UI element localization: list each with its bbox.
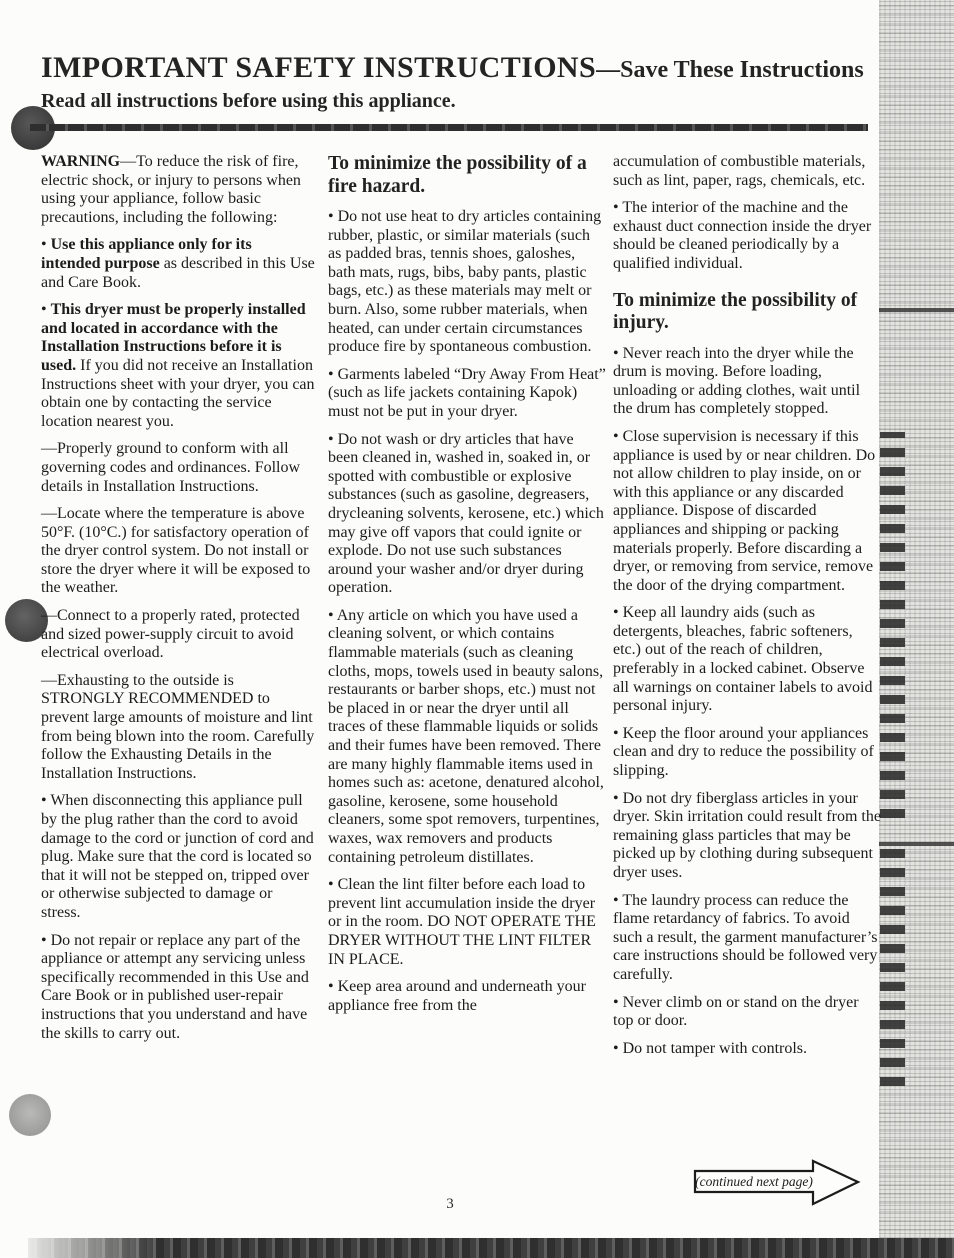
header-divider xyxy=(30,124,868,131)
text-column-right: accumulation of combustible materials, s… xyxy=(613,153,881,1067)
bullet-marker: • xyxy=(41,236,51,253)
safety-bullet: • Do not wash or dry articles that have … xyxy=(328,431,606,598)
title-suffix: —Save These Instructions xyxy=(596,57,864,83)
safety-bullet: • Do not repair or replace any part of t… xyxy=(41,932,315,1044)
safety-bullet: • When disconnecting this appliance pull… xyxy=(41,792,315,922)
bullet-marker: • xyxy=(328,607,337,624)
bullet-marker: • xyxy=(613,428,623,445)
continued-label: (continued next page) xyxy=(695,1174,813,1189)
item-text: Connect to a properly rated, protected a… xyxy=(41,607,300,661)
bullet-marker: • xyxy=(613,725,623,742)
item-text: Keep area around and underneath your app… xyxy=(328,978,586,1014)
item-text: Any article on which you have used a cle… xyxy=(328,607,604,866)
section-heading: To minimize the possibility of a fire ha… xyxy=(328,153,606,198)
scan-bottom-shadow xyxy=(28,1238,954,1258)
item-text: The laundry process can reduce the flame… xyxy=(613,892,878,983)
page-subtitle: Read all instructions before using this … xyxy=(41,90,871,113)
safety-bullet: • Keep the floor around your appliances … xyxy=(613,725,881,781)
safety-dash-item: —Properly ground to conform with all gov… xyxy=(41,440,315,496)
safety-bullet: • Garments labeled “Dry Away From Heat” … xyxy=(328,366,606,422)
safety-bullet: • Never climb on or stand on the dryer t… xyxy=(613,994,881,1031)
bullet-marker: • xyxy=(613,604,623,621)
bullet-marker: • xyxy=(613,994,623,1011)
item-text: The interior of the machine and the exha… xyxy=(613,199,871,272)
item-text: Do not repair or replace any part of the… xyxy=(41,932,309,1042)
item-text: Garments labeled “Dry Away From Heat” (s… xyxy=(328,366,606,420)
item-text: Do not dry fiberglass articles in your d… xyxy=(613,790,881,881)
safety-bullet: • Do not dry fiberglass articles in your… xyxy=(613,790,881,883)
bullet-marker: • xyxy=(328,978,338,995)
item-text: To minimize the possibility of injury. xyxy=(613,290,857,334)
continued-next-page-arrow: (continued next page) xyxy=(692,1158,862,1208)
safety-bullet: • The laundry process can reduce the fla… xyxy=(613,892,881,985)
safety-bullet: • This dryer must be properly installed … xyxy=(41,301,315,431)
scan-edge-line xyxy=(879,842,954,846)
bullet-marker: • xyxy=(41,932,51,949)
item-text: Clean the lint filter before each load t… xyxy=(328,876,596,967)
item-text: If you did not receive an Installation I… xyxy=(41,357,315,430)
page-number: 3 xyxy=(430,1196,470,1213)
safety-bullet: • Clean the lint filter before each load… xyxy=(328,876,606,969)
bullet-marker: • xyxy=(41,792,50,809)
safety-bullet: • Use this appliance only for its intend… xyxy=(41,236,315,292)
title-main: IMPORTANT SAFETY INSTRUCTIONS xyxy=(41,51,596,84)
item-text: Never climb on or stand on the dryer top… xyxy=(613,994,859,1030)
bullet-marker: • xyxy=(613,345,623,362)
page-title: IMPORTANT SAFETY INSTRUCTIONS—Save These… xyxy=(41,50,871,88)
bullet-marker: • xyxy=(328,208,338,225)
section-heading: To minimize the possibility of injury. xyxy=(613,290,881,335)
safety-bullet: • Do not tamper with controls. xyxy=(613,1040,881,1059)
bullet-marker: • xyxy=(41,301,51,318)
hole-punch-mark xyxy=(9,1094,51,1136)
safety-dash-item: —Connect to a properly rated, protected … xyxy=(41,607,315,663)
bullet-marker: • xyxy=(613,790,623,807)
bullet-marker: • xyxy=(328,431,338,448)
bullet-marker: • xyxy=(613,892,622,909)
safety-bullet: • Do not use heat to dry articles contai… xyxy=(328,208,606,357)
item-text: Do not wash or dry articles that have be… xyxy=(328,431,604,597)
safety-dash-item: —Exhausting to the outside is STRONGLY R… xyxy=(41,672,315,784)
bullet-marker: • xyxy=(328,876,338,893)
dash-marker: — xyxy=(41,607,57,624)
safety-bullet: • Keep area around and underneath your a… xyxy=(328,978,606,1015)
dash-marker: — xyxy=(41,505,57,522)
safety-bullet: • Never reach into the dryer while the d… xyxy=(613,345,881,419)
safety-bullet: • Close supervision is necessary if this… xyxy=(613,428,881,595)
safety-bullet: • The interior of the machine and the ex… xyxy=(613,199,881,273)
item-text: When disconnecting this appliance pull b… xyxy=(41,792,314,921)
item-text: Never reach into the dryer while the dru… xyxy=(613,345,860,418)
item-text: Close supervision is necessary if this a… xyxy=(613,428,875,594)
item-text: Do not tamper with controls. xyxy=(623,1040,807,1057)
item-text: Properly ground to conform with all gove… xyxy=(41,440,300,494)
bullet-marker: • xyxy=(613,199,622,216)
item-text: Do not use heat to dry articles containi… xyxy=(328,208,601,355)
bold-lead-text: WARNING xyxy=(41,153,120,170)
item-text: Locate where the temperature is above 50… xyxy=(41,505,310,596)
safety-bullet: • Any article on which you have used a c… xyxy=(328,607,606,867)
scan-edge-bleedthrough xyxy=(880,432,905,818)
bullet-marker: • xyxy=(613,1040,623,1057)
item-text: Keep the floor around your appliances cl… xyxy=(613,725,874,779)
dash-marker: — xyxy=(41,440,57,457)
item-text: accumulation of combustible materials, s… xyxy=(613,153,865,189)
safety-dash-item: —Locate where the temperature is above 5… xyxy=(41,505,315,598)
page-header: IMPORTANT SAFETY INSTRUCTIONS—Save These… xyxy=(41,50,871,113)
item-text: Exhausting to the outside is STRONGLY RE… xyxy=(41,672,314,782)
dash-marker: — xyxy=(41,672,57,689)
item-text: To minimize the possibility of a fire ha… xyxy=(328,153,587,197)
safety-paragraph: WARNING—To reduce the risk of fire, elec… xyxy=(41,153,315,227)
safety-paragraph: accumulation of combustible materials, s… xyxy=(613,153,881,190)
scan-edge-bleedthrough xyxy=(880,849,905,1086)
bullet-marker: • xyxy=(328,366,338,383)
text-column-left: WARNING—To reduce the risk of fire, elec… xyxy=(41,153,315,1052)
item-text: Keep all laundry aids (such as detergent… xyxy=(613,604,872,714)
safety-bullet: • Keep all laundry aids (such as deterge… xyxy=(613,604,881,716)
scan-edge-line xyxy=(879,308,954,312)
text-column-middle: To minimize the possibility of a fire ha… xyxy=(328,153,606,1024)
